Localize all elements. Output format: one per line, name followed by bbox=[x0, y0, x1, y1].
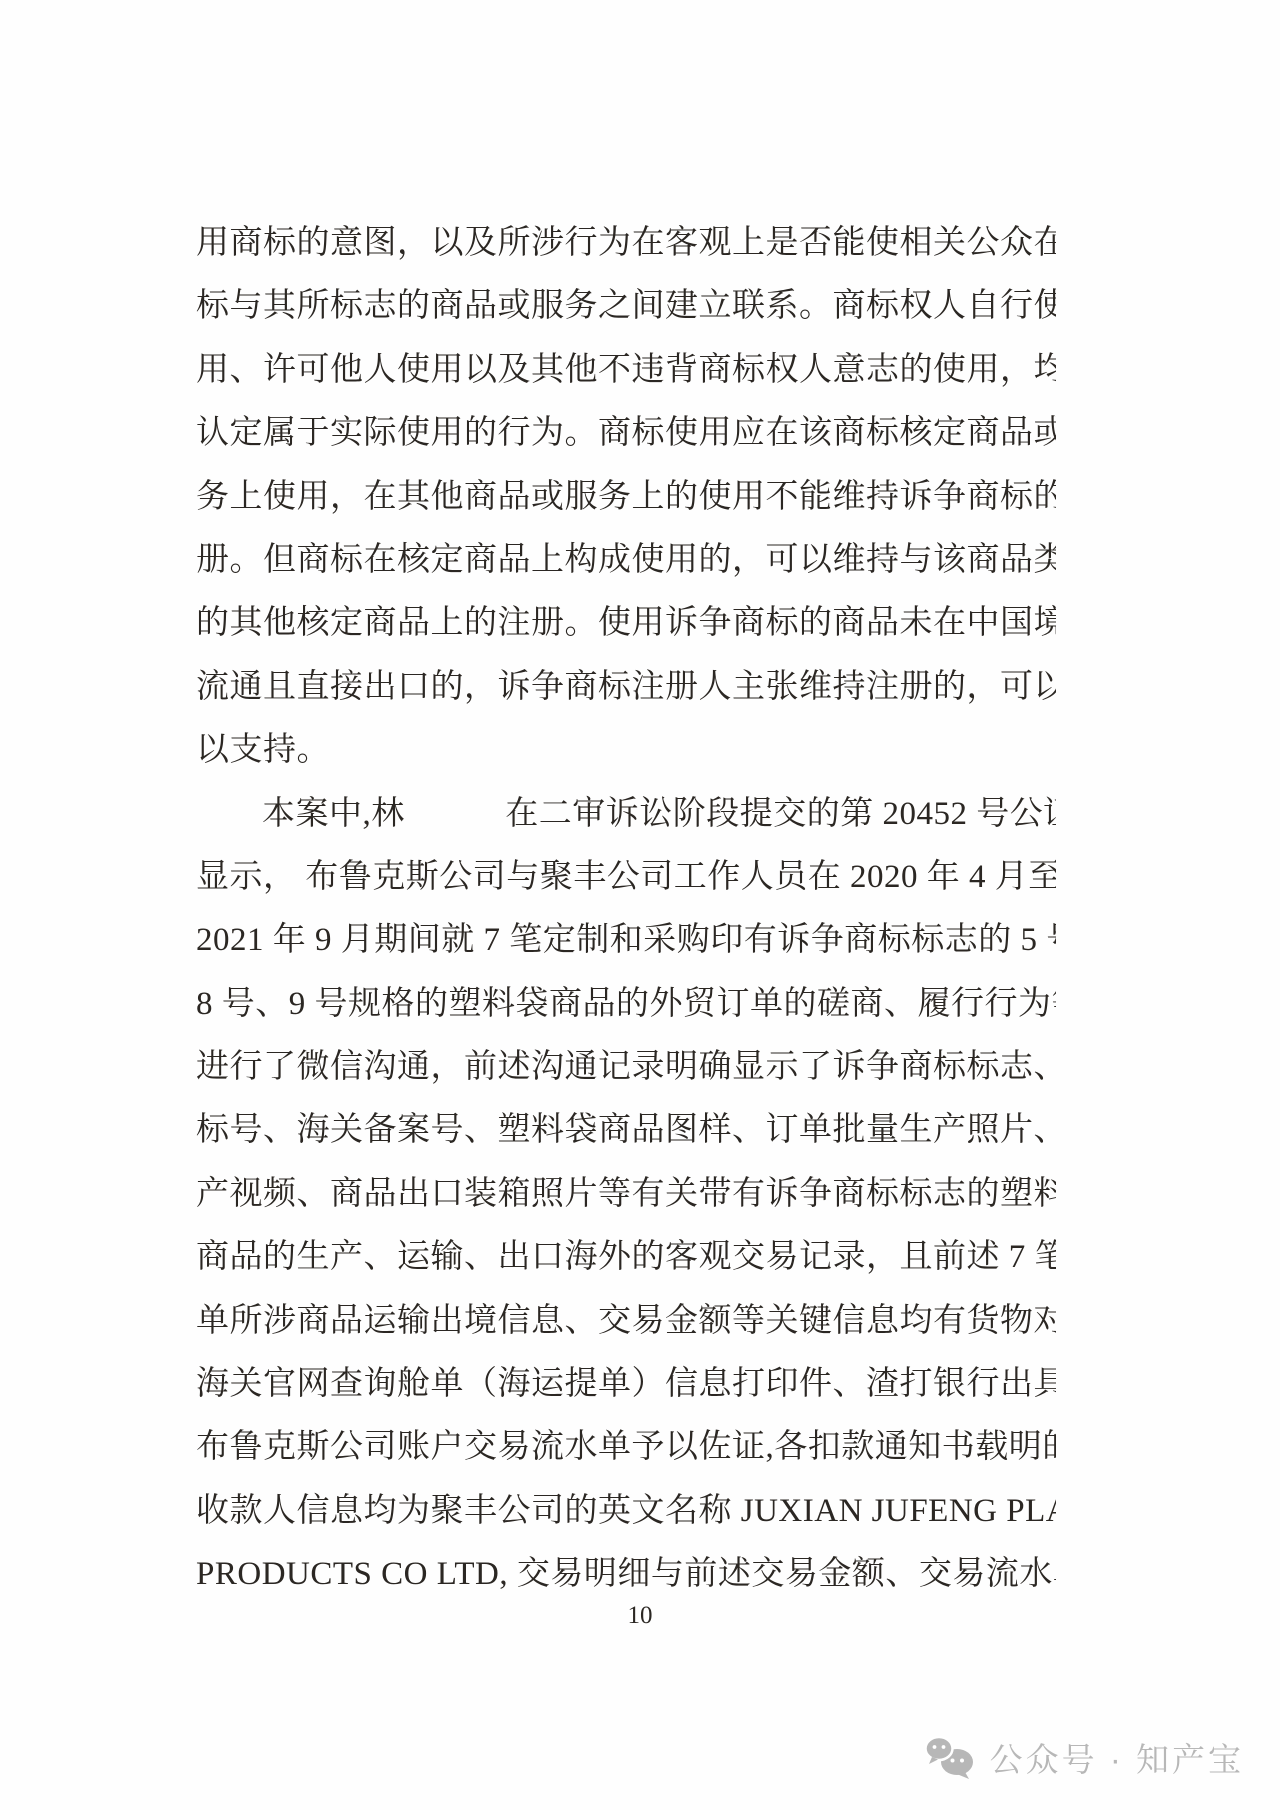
text-line: 的其他核定商品上的注册。使用诉争商标的商品未在中国境内 bbox=[196, 592, 1056, 655]
text-line: 单所涉商品运输出境信息、交易金额等关键信息均有货物对应 bbox=[196, 1290, 1056, 1353]
text-line: 收款人信息均为聚丰公司的英文名称 JUXIAN JUFENG PLASTIC bbox=[196, 1480, 1056, 1543]
text-line: 海关官网查询舱单（海运提单）信息打印件、渣打银行出具的 bbox=[196, 1353, 1056, 1416]
text-line: 认定属于实际使用的行为。商标使用应在该商标核定商品或服 bbox=[196, 402, 1056, 465]
text-line: 产视频、商品出口装箱照片等有关带有诉争商标标志的塑料袋 bbox=[196, 1163, 1056, 1226]
watermark-text: 公众号 · 知产宝 bbox=[990, 1734, 1244, 1781]
text-line: 务上使用，在其他商品或服务上的使用不能维持诉争商标的注 bbox=[196, 466, 1056, 529]
text-line: 2021 年 9 月期间就 7 笔定制和采购印有诉争商标标志的 5 号、 bbox=[196, 909, 1056, 972]
text-line: 布鲁克斯公司账户交易流水单予以佐证,各扣款通知书载明的 bbox=[196, 1416, 1056, 1479]
wechat-icon bbox=[924, 1736, 976, 1780]
document-body: 用商标的意图，以及所涉行为在客观上是否能使相关公众在商标与其所标志的商品或服务之… bbox=[196, 212, 1056, 1607]
text-line: 用商标的意图，以及所涉行为在客观上是否能使相关公众在商 bbox=[196, 212, 1056, 275]
text-line: PRODUCTS CO LTD, 交易明细与前述交易金额、交易流水单分别 bbox=[196, 1543, 1056, 1606]
text-line: 进行了微信沟通，前述沟通记录明确显示了诉争商标标志、商 bbox=[196, 1036, 1056, 1099]
document-page: 用商标的意图，以及所涉行为在客观上是否能使相关公众在商标与其所标志的商品或服务之… bbox=[0, 0, 1280, 1810]
text-line: 本案中,林 在二审诉讼阶段提交的第 20452 号公证书 bbox=[196, 783, 1056, 846]
watermark: 公众号 · 知产宝 bbox=[924, 1734, 1244, 1781]
text-line: 8 号、9 号规格的塑料袋商品的外贸订单的磋商、履行行为等 bbox=[196, 973, 1056, 1036]
text-line: 商品的生产、运输、出口海外的客观交易记录，且前述 7 笔订 bbox=[196, 1226, 1056, 1289]
text-line: 以支持。 bbox=[196, 719, 1056, 782]
text-line: 册。但商标在核定商品上构成使用的，可以维持与该商品类似 bbox=[196, 529, 1056, 592]
text-line: 标号、海关备案号、塑料袋商品图样、订单批量生产照片、生 bbox=[196, 1099, 1056, 1162]
text-line: 显示， 布鲁克斯公司与聚丰公司工作人员在 2020 年 4 月至 bbox=[196, 846, 1056, 909]
text-line: 流通且直接出口的，诉争商标注册人主张维持注册的，可以予 bbox=[196, 656, 1056, 719]
text-line: 标与其所标志的商品或服务之间建立联系。商标权人自行使 bbox=[196, 275, 1056, 338]
text-line: 用、许可他人使用以及其他不违背商标权人意志的使用，均可 bbox=[196, 339, 1056, 402]
page-number: 10 bbox=[0, 1602, 1280, 1630]
